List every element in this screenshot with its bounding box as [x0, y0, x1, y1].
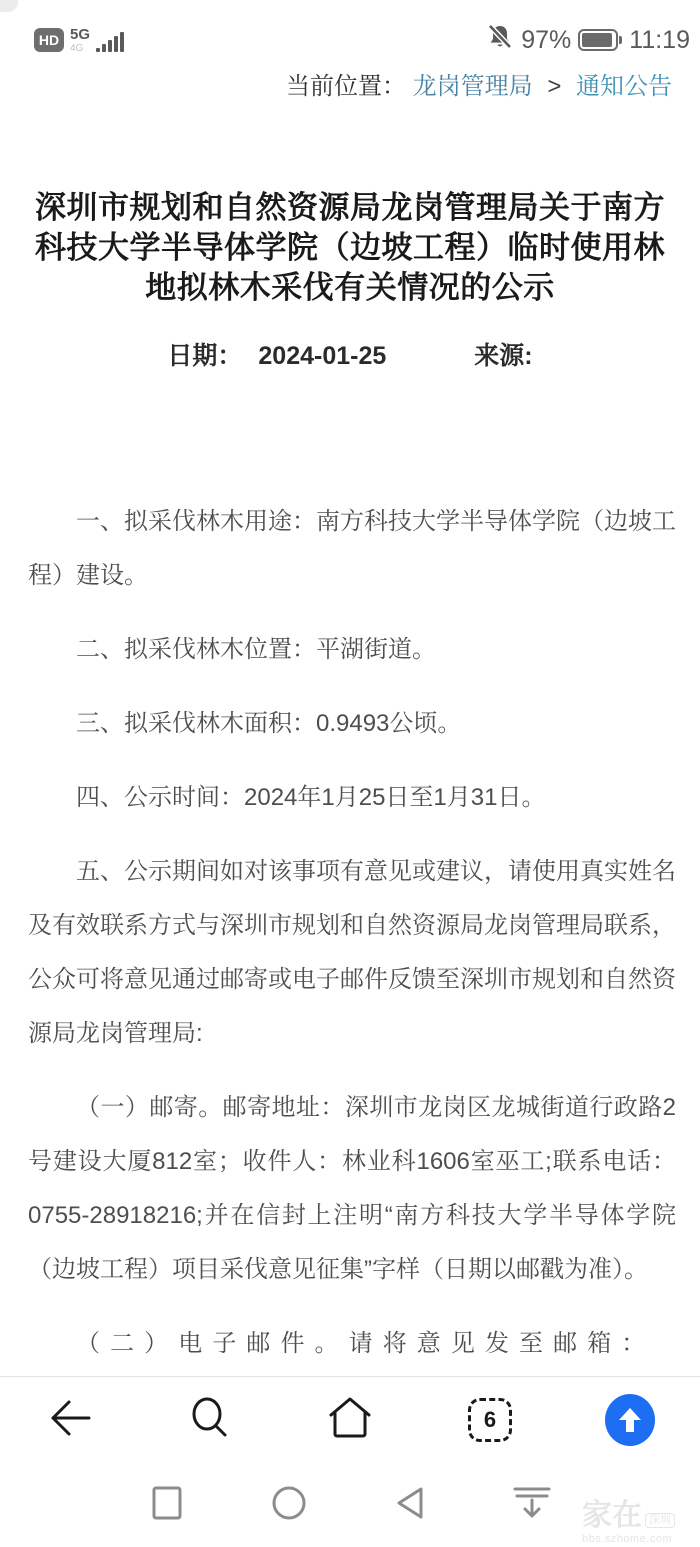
clock-label: 11:19: [629, 26, 690, 55]
scroll-to-top-button[interactable]: [598, 1388, 662, 1452]
scroll-to-top-icon: [605, 1394, 655, 1446]
tab-count-icon: 6: [468, 1398, 512, 1442]
back-arrow-icon: [47, 1397, 93, 1442]
back-triangle-icon: [395, 1486, 425, 1523]
battery-icon: [578, 29, 622, 51]
recent-apps-button[interactable]: [147, 1485, 187, 1525]
status-bar: HD 5G 4G 97% 11:19: [0, 18, 700, 62]
home-icon: [326, 1395, 374, 1444]
article-paragraph: （一）邮寄。邮寄地址：深圳市龙岗区龙城街道行政路2号建设大厦812室；收件人：林…: [28, 1081, 676, 1297]
network-indicator: 5G 4G: [70, 27, 90, 54]
article-paragraph: 一、拟采伐林木用途：南方科技大学半导体学院（边坡工程）建设。: [28, 495, 676, 603]
notifications-muted-icon: [486, 23, 514, 58]
breadcrumb-separator: >: [547, 73, 561, 100]
back-button[interactable]: [38, 1388, 102, 1452]
article-meta: 日期：2024-01-25来源:: [0, 336, 700, 372]
network-sub-label: 4G: [70, 44, 83, 54]
date-value: 2024-01-25: [258, 342, 386, 370]
signal-strength-icon: [96, 30, 124, 52]
breadcrumb-label: 当前位置：: [286, 73, 406, 100]
browser-toolbar: 6: [0, 1376, 700, 1462]
battery-percent-label: 97%: [521, 26, 571, 55]
search-icon: [187, 1395, 233, 1444]
search-button[interactable]: [178, 1388, 242, 1452]
android-home-button[interactable]: [269, 1485, 309, 1525]
article-paragraph: 二、拟采伐林木位置：平湖街道。: [28, 623, 676, 677]
page-title: 深圳市规划和自然资源局龙岗管理局关于南方科技大学半导体学院（边坡工程）临时使用林…: [30, 188, 670, 308]
recent-apps-icon: [152, 1486, 182, 1523]
android-nav-bar: [0, 1462, 700, 1547]
breadcrumb: 当前位置： 龙岗管理局 > 通知公告: [286, 66, 672, 101]
hide-navbar-button[interactable]: [512, 1485, 552, 1525]
screen-corner-artifact: [0, 0, 18, 12]
home-button[interactable]: [318, 1388, 382, 1452]
article-paragraph: 五、公示期间如对该事项有意见或建议，请使用真实姓名及有效联系方式与深圳市规划和自…: [28, 845, 676, 1061]
breadcrumb-link-notices[interactable]: 通知公告: [576, 73, 672, 100]
tabs-button[interactable]: 6: [458, 1388, 522, 1452]
source-label: 来源:: [474, 342, 532, 370]
article-paragraph: 三、拟采伐林木面积：0.9493公顷。: [28, 697, 676, 751]
hd-icon: HD: [34, 28, 64, 52]
status-right: 97% 11:19: [486, 23, 690, 58]
android-back-button[interactable]: [390, 1485, 430, 1525]
article-paragraph: 四、公示时间：2024年1月25日至1月31日。: [28, 771, 676, 825]
home-circle-icon: [271, 1485, 307, 1524]
date-label: 日期：: [167, 342, 242, 370]
hide-navbar-icon: [512, 1486, 552, 1523]
status-left: HD 5G 4G: [34, 27, 124, 54]
network-type-label: 5G: [70, 27, 90, 42]
article-paragraph: （二）电子邮件。请将意见发至邮箱：: [28, 1317, 676, 1371]
breadcrumb-link-longgang[interactable]: 龙岗管理局: [413, 73, 533, 100]
article-body: 一、拟采伐林木用途：南方科技大学半导体学院（边坡工程）建设。二、拟采伐林木位置：…: [28, 495, 676, 1391]
